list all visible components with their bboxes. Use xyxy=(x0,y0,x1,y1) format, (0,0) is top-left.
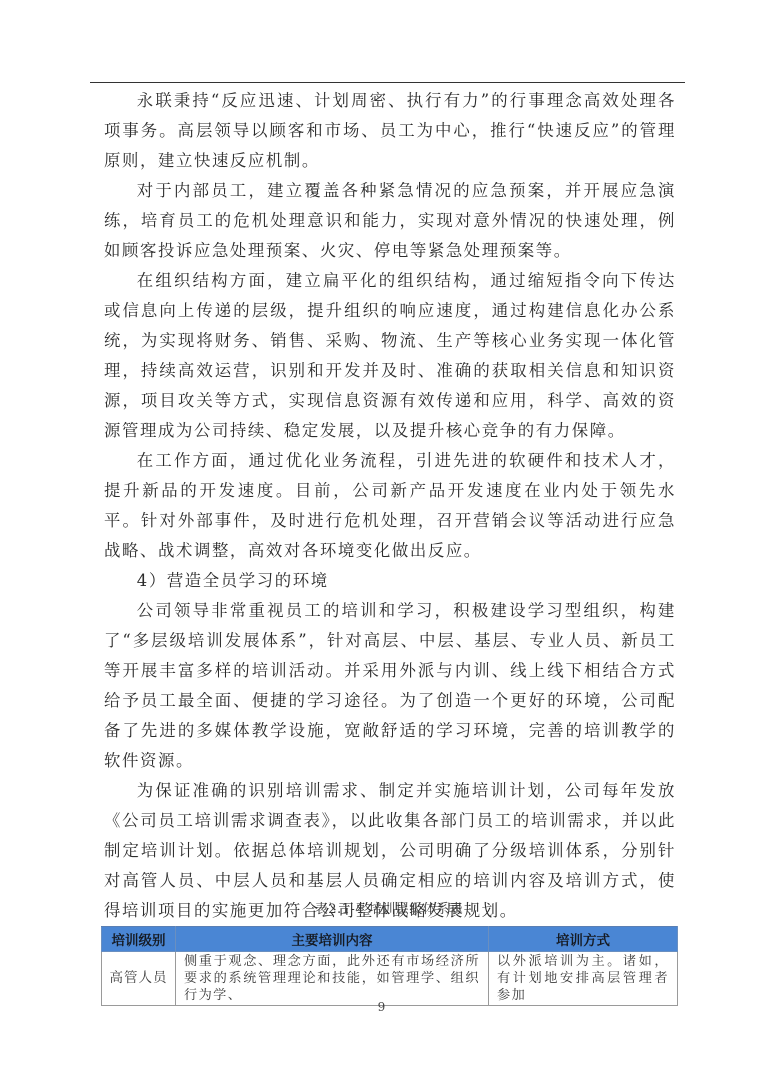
paragraph-emergency-plans: 对于内部员工，建立覆盖各种紧急情况的应急预案，并开展应急演练，培育员工的危机处理… xyxy=(104,176,676,266)
table-row: 高管人员 侧重于观念、理念方面，此外还有市场经济所要求的系统管理理论和技能，如管… xyxy=(102,952,678,1006)
cell-content: 侧重于观念、理念方面，此外还有市场经济所要求的系统管理理论和技能，如管理学、组织… xyxy=(176,952,489,1006)
page-number: 9 xyxy=(0,1000,763,1014)
cell-method: 以外派培训为主。诸如，有计划地安排高层管理者参加 xyxy=(489,952,678,1006)
paragraph-training-system: 公司领导非常重视员工的培训和学习，积极建设学习型组织，构建了“多层级培训发展体系… xyxy=(104,596,676,776)
section-heading-learning-environment: 4）营造全员学习的环境 xyxy=(104,566,676,596)
body-text: 永联秉持“反应迅速、计划周密、执行有力”的行事理念高效处理各项事务。高层领导以顾… xyxy=(104,86,676,926)
column-header-content: 主要培训内容 xyxy=(176,927,489,952)
paragraph-rapid-response: 永联秉持“反应迅速、计划周密、执行有力”的行事理念高效处理各项事务。高层领导以顾… xyxy=(104,86,676,176)
training-level-table: 培训级别 主要培训内容 培训方式 高管人员 侧重于观念、理念方面，此外还有市场经… xyxy=(101,926,678,1006)
paragraph-org-structure: 在组织结构方面，建立扁平化的组织结构，通过缩短指令向下传达或信息向上传递的层级，… xyxy=(104,266,676,446)
cell-level: 高管人员 xyxy=(102,952,176,1006)
column-header-method: 培训方式 xyxy=(489,927,678,952)
column-header-level: 培训级别 xyxy=(102,927,176,952)
table-header-row: 培训级别 主要培训内容 培训方式 xyxy=(102,927,678,952)
header-rule xyxy=(90,82,685,83)
table-caption: 表2.1-4 培训层级体系表 xyxy=(101,898,677,917)
document-page: 永联秉持“反应迅速、计划周密、执行有力”的行事理念高效处理各项事务。高层领导以顾… xyxy=(0,0,763,1080)
paragraph-work-process: 在工作方面，通过优化业务流程，引进先进的软硬件和技术人才，提升新品的开发速度。目… xyxy=(104,446,676,566)
